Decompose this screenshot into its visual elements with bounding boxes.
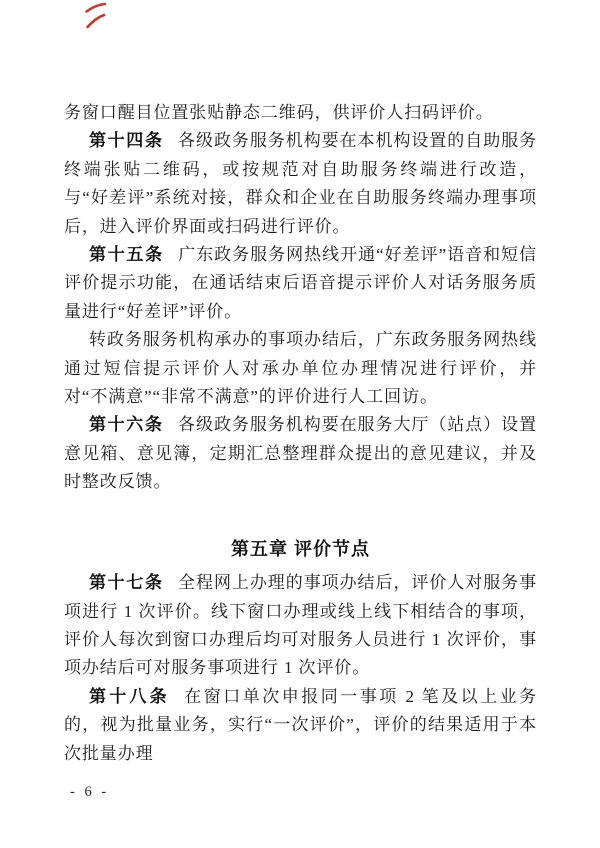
document-page: 务窗口醒目位置张贴静态二维码，供评价人扫码评价。 第十四条各级政务服务机构要在本…: [0, 0, 600, 848]
article-16-paragraph: 第十六条各级政务服务机构要在服务大厅（站点）设置意见箱、意见簿，定期汇总整理群众…: [64, 411, 537, 496]
paragraph-continuation: 务窗口醒目位置张贴静态二维码，供评价人扫码评价。: [64, 99, 537, 127]
article-14-paragraph: 第十四条各级政务服务机构要在本机构设置的自助服务终端张贴二维码，或按规范对自助服…: [64, 127, 537, 241]
article-15-lead: 第十五条: [89, 245, 164, 264]
article-18-paragraph: 第十八条在窗口单次申报同一事项 2 笔及以上业务的，视为批量业务，实行“一次评价…: [64, 683, 537, 768]
red-pen-stroke-marks-icon: [83, 1, 109, 29]
page-number: - 6 -: [70, 784, 109, 801]
document-body: 务窗口醒目位置张贴静态二维码，供评价人扫码评价。 第十四条各级政务服务机构要在本…: [64, 99, 537, 768]
chapter-5-heading: 第五章 评价节点: [64, 535, 537, 563]
article-15-continuation-paragraph: 转政务服务机构承办的事项办结后，广东政务服务网热线通过短信提示评价人对承办单位办…: [64, 326, 537, 411]
article-14-lead: 第十四条: [89, 131, 164, 150]
article-17-paragraph: 第十七条全程网上办理的事项办结后，评价人对服务事项进行 1 次评价。线下窗口办理…: [64, 569, 537, 683]
article-15-paragraph: 第十五条广东政务服务网热线开通“好差评”语音和短信评价提示功能，在通话结束后语音…: [64, 241, 537, 326]
article-17-lead: 第十七条: [89, 573, 164, 592]
article-18-lead: 第十八条: [89, 687, 170, 706]
article-16-lead: 第十六条: [89, 415, 164, 434]
